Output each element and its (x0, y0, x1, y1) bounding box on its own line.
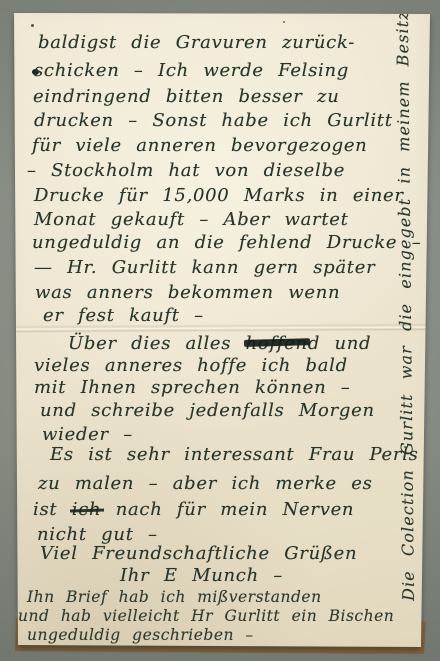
text-segment: für viele anneren bevorgezogen (32, 135, 367, 156)
text-segment: und hab vielleicht Hr Gurlitt ein Bische… (18, 607, 394, 625)
text-segment: ungeduldig geschrieben – (27, 626, 254, 644)
letter-line: eindringend bitten besser zu (33, 87, 340, 108)
letter-line: schicken – Ich werde Felsing (34, 61, 349, 82)
letter-line: was anners bekommen wenn (35, 283, 340, 304)
paper-speck (31, 24, 34, 27)
letter-line: er fest kauft – (43, 306, 204, 327)
text-segment: eindringend bitten besser zu (33, 86, 340, 107)
letter-line: Drucke für 15,000 Marks in einer (34, 186, 404, 207)
text-segment: Drucke für 15,000 Marks in einer (34, 185, 404, 206)
margin-note-vertical: Die Colection Gurlitt war die eingegebt … (393, 10, 418, 601)
letter-line: und hab vielleicht Hr Gurlitt ein Bische… (18, 608, 394, 626)
text-segment: Viel Freundschaftliche Grüßen (40, 543, 357, 564)
text-segment: Ihr E Munch – (120, 565, 283, 586)
text-segment: er fest kauft – (43, 305, 204, 326)
letter-line: mit Ihnen sprechen können – (34, 378, 351, 399)
text-segment: wieder – (42, 424, 133, 445)
text-segment: Monat gekauft – Aber wartet (34, 209, 349, 230)
text-segment: schicken – Ich werde Felsing (34, 60, 349, 81)
letter-line: Es ist sehr interessant Frau Perls (50, 445, 419, 466)
letter-line: Über dies alles hoffend und (68, 334, 371, 355)
struck-word: ich (72, 499, 102, 520)
text-segment: – Stockholm hat von dieselbe (27, 160, 345, 181)
text-segment: drucken – Sonst habe ich Gurlitt (34, 110, 393, 131)
letter-line: baldigst die Gravuren zurück- (38, 33, 355, 54)
text-segment: baldigst die Gravuren zurück- (38, 32, 355, 53)
letter-line: Viel Freundschaftliche Grüßen (40, 544, 357, 565)
text-segment: mit Ihnen sprechen können – (34, 377, 351, 398)
letter-line: drucken – Sonst habe ich Gurlitt (34, 111, 393, 132)
letter-line: zu malen – aber ich merke es (38, 474, 373, 495)
letter-line: Ihn Brief hab ich mißverstanden (27, 589, 322, 607)
letter-photo-scene: baldigst die Gravuren zurück-schicken – … (0, 0, 440, 661)
text-segment: Ihn Brief hab ich mißverstanden (27, 588, 322, 606)
signature: Ihr E Munch – (120, 566, 283, 587)
letter-line: ungeduldig geschrieben – (27, 627, 254, 645)
paper-shadow-wrap: baldigst die Gravuren zurück-schicken – … (0, 0, 440, 661)
text-segment: — Hr. Gurlitt kann gern später (34, 257, 375, 278)
text-segment: ungeduldig an die fehlend Drucke – (32, 232, 421, 253)
text-segment: nach für mein Nerven (101, 499, 354, 520)
letter-line: — Hr. Gurlitt kann gern später (34, 258, 375, 279)
letter-line: wieder – (42, 425, 133, 446)
letter-line: – Stockholm hat von dieselbe (27, 161, 345, 182)
text-segment: zu malen – aber ich merke es (38, 473, 373, 494)
text-segment: d und (308, 333, 371, 354)
letter-line: und schreibe jedenfalls Morgen (40, 401, 375, 422)
letter-line: für viele anneren bevorgezogen (32, 136, 367, 157)
text-segment: was anners bekommen wenn (35, 282, 340, 303)
letter-paper: baldigst die Gravuren zurück-schicken – … (0, 0, 440, 661)
letter-line: ist ich nach für mein Nerven (33, 500, 354, 521)
text-segment: und schreibe jedenfalls Morgen (40, 400, 375, 421)
paper-speck (283, 21, 285, 23)
text-segment: nicht gut – (37, 524, 158, 545)
text-segment: vieles anneres hoffe ich bald (34, 355, 348, 376)
letter-line: ungeduldig an die fehlend Drucke – (32, 233, 421, 254)
text-segment: Es ist sehr interessant Frau Perls (50, 444, 419, 465)
letter-line: Monat gekauft – Aber wartet (34, 210, 349, 231)
struck-word: hoffen (246, 333, 308, 354)
text-segment: ist (33, 499, 72, 520)
text-segment: Über dies alles (68, 333, 246, 354)
letter-line: vieles anneres hoffe ich bald (34, 356, 348, 377)
